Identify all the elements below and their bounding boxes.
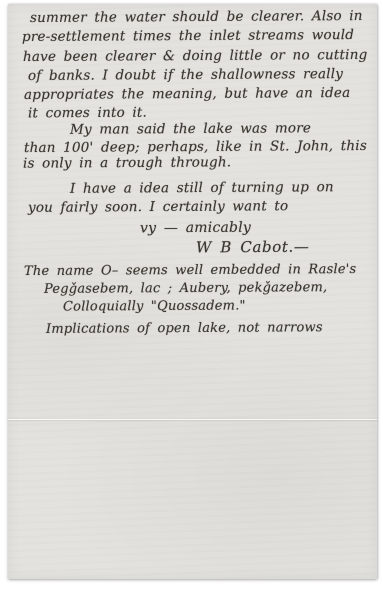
handwriting-line: My man said the lake was more [70, 122, 311, 137]
handwriting-line: I have a idea still of turning up on [70, 181, 334, 196]
handwriting-line: pre-settlement times the inlet streams w… [22, 29, 354, 45]
handwriting-line: of banks. I doubt if the shallowness rea… [28, 68, 343, 83]
handwriting-line: is only in a trough through. [23, 156, 231, 171]
fold-crease-line [8, 419, 377, 420]
letter-page: summer the water should be clearer. Also… [8, 4, 377, 579]
handwriting-line: you fairly soon. I certainly want to [28, 200, 288, 215]
handwriting-line: it comes into it. [28, 107, 147, 121]
handwriting-line: have been clearer & doing little or no c… [23, 49, 367, 65]
postscript-line: Colloquially "Quossadem." [63, 299, 246, 313]
postscript-line: The name O– seems well embedded in Rasle… [24, 263, 356, 278]
handwriting-line: appropriates the meaning, but have an id… [24, 87, 350, 102]
closing-line: vy — amicably [140, 221, 251, 236]
scanned-letter: summer the water should be clearer. Also… [0, 0, 383, 590]
postscript-line: Pegǧasebem, lac ; Aubery, pekǧazebem, [44, 281, 327, 296]
signature: W B Cabot.— [196, 240, 310, 256]
handwriting-line: than 100' deep; perhaps, like in St. Joh… [24, 140, 367, 156]
postscript-line: Implications of open lake, not narrows [46, 321, 323, 336]
handwriting-line: summer the water should be clearer. Also… [30, 10, 363, 26]
